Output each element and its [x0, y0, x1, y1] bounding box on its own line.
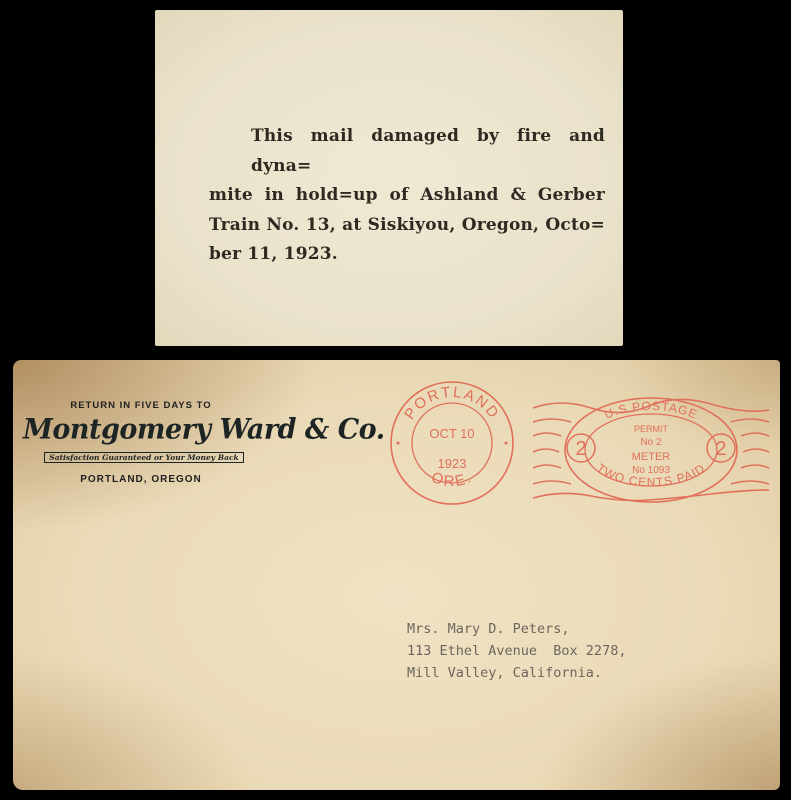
return-address: RETURN IN FIVE DAYS TO Montgomery Ward &…: [31, 400, 281, 485]
company-logo: Montgomery Ward & Co.: [23, 413, 281, 446]
notice-line: mite in hold=up of Ashland & Gerber: [209, 181, 605, 211]
recipient-address: Mrs. Mary D. Peters,113 Ethel Avenue Box…: [407, 618, 626, 684]
meter-label: METER: [632, 451, 671, 463]
postmark-date: OCT 10: [429, 426, 474, 441]
recipient-line: Mrs. Mary D. Peters,: [407, 618, 626, 640]
company-slogan: Satisfaction Guaranteed or Your Money Ba…: [44, 452, 243, 463]
svg-text:ORE.: ORE.: [429, 469, 475, 491]
envelope: RETURN IN FIVE DAYS TO Montgomery Ward &…: [13, 360, 780, 790]
recipient-line: 113 Ethel Avenue Box 2278,: [407, 640, 626, 662]
meter-no: No 1093: [632, 465, 670, 476]
meter-permit-label: PERMIT: [634, 424, 669, 434]
meter-permit-no: No 2: [640, 437, 662, 448]
return-instruction: RETURN IN FIVE DAYS TO: [1, 400, 281, 411]
notice-line: ber 11, 1923.: [209, 240, 605, 270]
return-city: PORTLAND, OREGON: [1, 474, 281, 485]
damage-notice-text: This mail damaged by fire and dyna= mite…: [209, 122, 605, 270]
meter-value-left: 2: [575, 438, 586, 460]
postage-meter-icon: 2 2 U.S.POSTAGE TWO CENTS PAID PERMIT No…: [531, 390, 771, 506]
notice-line: This mail damaged by fire and dyna=: [209, 122, 605, 181]
recipient-line: Mill Valley, California.: [407, 662, 626, 684]
postmark-state: ORE.: [429, 469, 475, 491]
meter-value-right: 2: [715, 438, 726, 460]
postmark-year: 1923: [438, 456, 467, 471]
postmark-icon: PORTLAND ORE. OCT 10 1923: [389, 380, 515, 506]
notice-line: Train No. 13, at Siskiyou, Oregon, Octo=: [209, 211, 605, 241]
damage-notice-card: This mail damaged by fire and dyna= mite…: [155, 10, 623, 346]
